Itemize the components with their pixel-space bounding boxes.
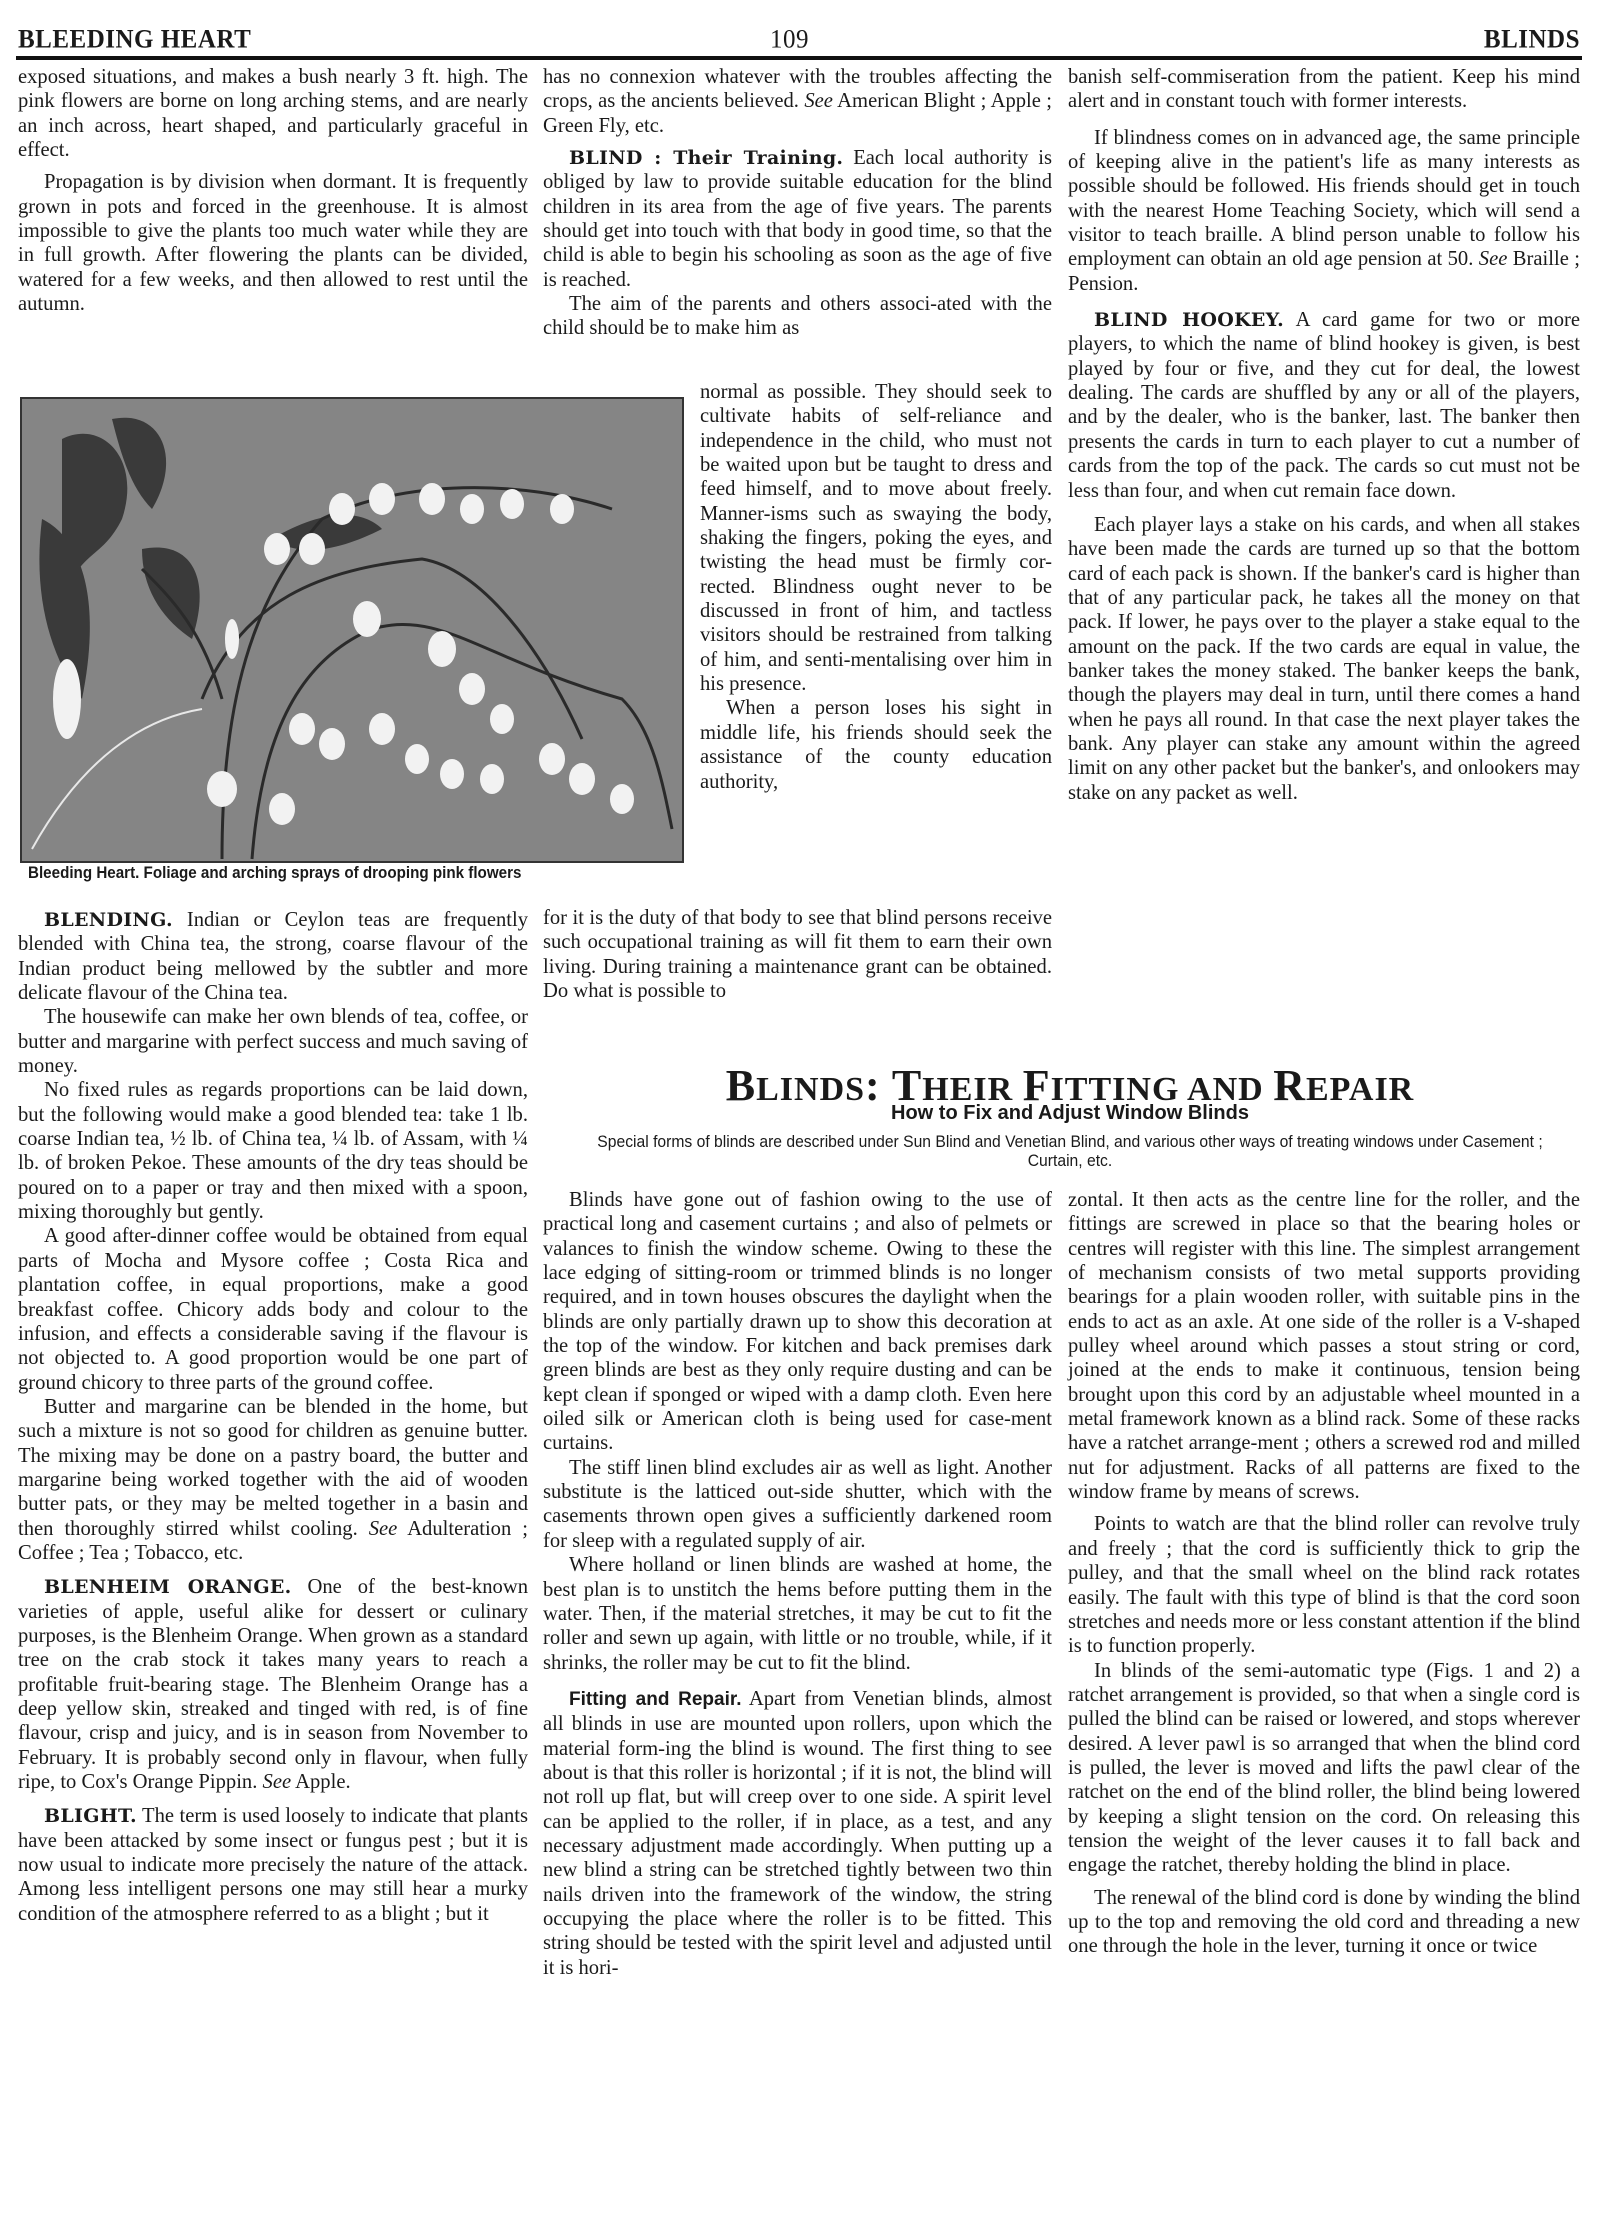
- heading-blight: BLIGHT.: [44, 1805, 137, 1827]
- article-subtitle: How to Fix and Adjust Window Blinds: [540, 1102, 1600, 1125]
- blind-hookey-text-1: A card game for two or more players, to …: [1068, 309, 1580, 501]
- entry-blind-training: BLIND : Their Training. Each local autho…: [543, 146, 1052, 292]
- heading-blending: BLENDING.: [44, 909, 173, 931]
- entry-blenheim-orange: BLENHEIM ORANGE. One of the best-known v…: [18, 1575, 528, 1794]
- fitting-repair-text: Apart from Venetian blinds, almost all b…: [543, 1688, 1052, 1979]
- section-fitting-repair: Fitting and Repair. Apart from Venetian …: [543, 1687, 1052, 1980]
- see-label: See: [1479, 248, 1508, 270]
- blending-text-3c: lb. of Assam, with: [354, 1128, 507, 1150]
- blind-training-text-2a: The aim of the parents and others associ…: [543, 292, 1052, 341]
- figure-caption: Bleeding Heart. Foliage and arching spra…: [28, 864, 635, 883]
- blind-hookey-text-2: Each player lays a stake on his cards, a…: [1068, 513, 1580, 805]
- article-column-left: Blinds have gone out of fashion owing to…: [543, 1188, 1052, 1980]
- blind-training-text-3b: for it is the duty of that body to see t…: [543, 906, 1052, 1003]
- article-right-text-3: In blinds of the semi-automatic type (Fi…: [1068, 1659, 1580, 1878]
- blind-training-text-5: If blindness comes on in advanced age, t…: [1068, 126, 1580, 296]
- entry-blending: BLENDING. Indian or Ceylon teas are freq…: [18, 908, 528, 1005]
- fraction-half: ½: [170, 1128, 185, 1150]
- header-rule: [16, 56, 1582, 60]
- article-right-text-4: The renewal of the blind cord is done by…: [1068, 1886, 1580, 1959]
- article-text-1: Blinds have gone out of fashion owing to…: [543, 1188, 1052, 1456]
- article-right-text-2: Points to watch are that the blind rolle…: [1068, 1512, 1580, 1658]
- blending-text-3d: lb. of broken Pekoe. These amounts of th…: [18, 1152, 528, 1223]
- see-label: See: [804, 90, 833, 112]
- heading-blind-hookey: BLIND HOOKEY.: [1094, 309, 1284, 331]
- article-text-2: The stiff linen blind excludes air as we…: [543, 1456, 1052, 1553]
- heading-fitting-repair: Fitting and Repair.: [569, 1689, 742, 1710]
- article-column-right: zontal. It then acts as the centre line …: [1068, 1188, 1580, 1959]
- fraction-quarter: ¼: [513, 1128, 528, 1150]
- running-head-left: BLEEDING HEART: [18, 25, 251, 54]
- left-column-bottom: BLENDING. Indian or Ceylon teas are freq…: [18, 900, 528, 1926]
- middle-column-bottom: for it is the duty of that body to see t…: [543, 906, 1052, 1003]
- left-column-top: exposed situations, and makes a bush nea…: [18, 65, 528, 316]
- blending-text-3: No fixed rules as regards proportions ca…: [18, 1078, 528, 1224]
- see-label: See: [369, 1518, 398, 1540]
- article-text-3: Where holland or linen blinds are washed…: [543, 1553, 1052, 1675]
- blending-text-4: A good after-dinner coffee would be obta…: [18, 1224, 528, 1394]
- see-label: See: [263, 1771, 292, 1793]
- bleeding-heart-photo: [20, 397, 684, 863]
- blind-training-text-2b: normal as possible. They should seek to …: [700, 380, 1052, 696]
- bleeding-heart-text-2: Propagation is by division when dormant.…: [18, 170, 528, 316]
- heading-blenheim-orange: BLENHEIM ORANGE.: [44, 1576, 292, 1598]
- blind-training-text-4: banish self-commiseration from the patie…: [1068, 65, 1580, 114]
- bleeding-heart-illustration-icon: [22, 399, 682, 861]
- cross-references: Apple.: [295, 1771, 350, 1793]
- article-right-text-1: zontal. It then acts as the centre line …: [1068, 1188, 1580, 1504]
- blending-text-5: Butter and margarine can be blended in t…: [18, 1395, 528, 1565]
- blenheim-text: One of the best-known varieties of apple…: [18, 1576, 528, 1793]
- fraction-quarter: ¼: [332, 1128, 347, 1150]
- heading-blind-training: BLIND : Their Training.: [569, 147, 843, 169]
- blight-continued: has no connexion whatever with the troub…: [543, 65, 1052, 138]
- entry-blight: BLIGHT. The term is used loosely to indi…: [18, 1804, 528, 1926]
- blending-text-3b: lb. of China tea,: [192, 1128, 327, 1150]
- right-column-top: banish self-commiseration from the patie…: [1068, 65, 1580, 805]
- page-number: 109: [770, 25, 809, 54]
- middle-column-top: has no connexion whatever with the troub…: [543, 65, 1052, 341]
- running-head-right: BLINDS: [1484, 25, 1580, 54]
- bleeding-heart-text-1: exposed situations, and makes a bush nea…: [18, 65, 528, 162]
- entry-blind-hookey: BLIND HOOKEY. A card game for two or mor…: [1068, 308, 1580, 503]
- middle-column-narrow: normal as possible. They should seek to …: [700, 380, 1052, 794]
- blending-text-2: The housewife can make her own blends of…: [18, 1005, 528, 1078]
- blind-training-text-3a: When a person loses his sight in middle …: [700, 696, 1052, 793]
- article-note: Special forms of blinds are described un…: [586, 1133, 1555, 1171]
